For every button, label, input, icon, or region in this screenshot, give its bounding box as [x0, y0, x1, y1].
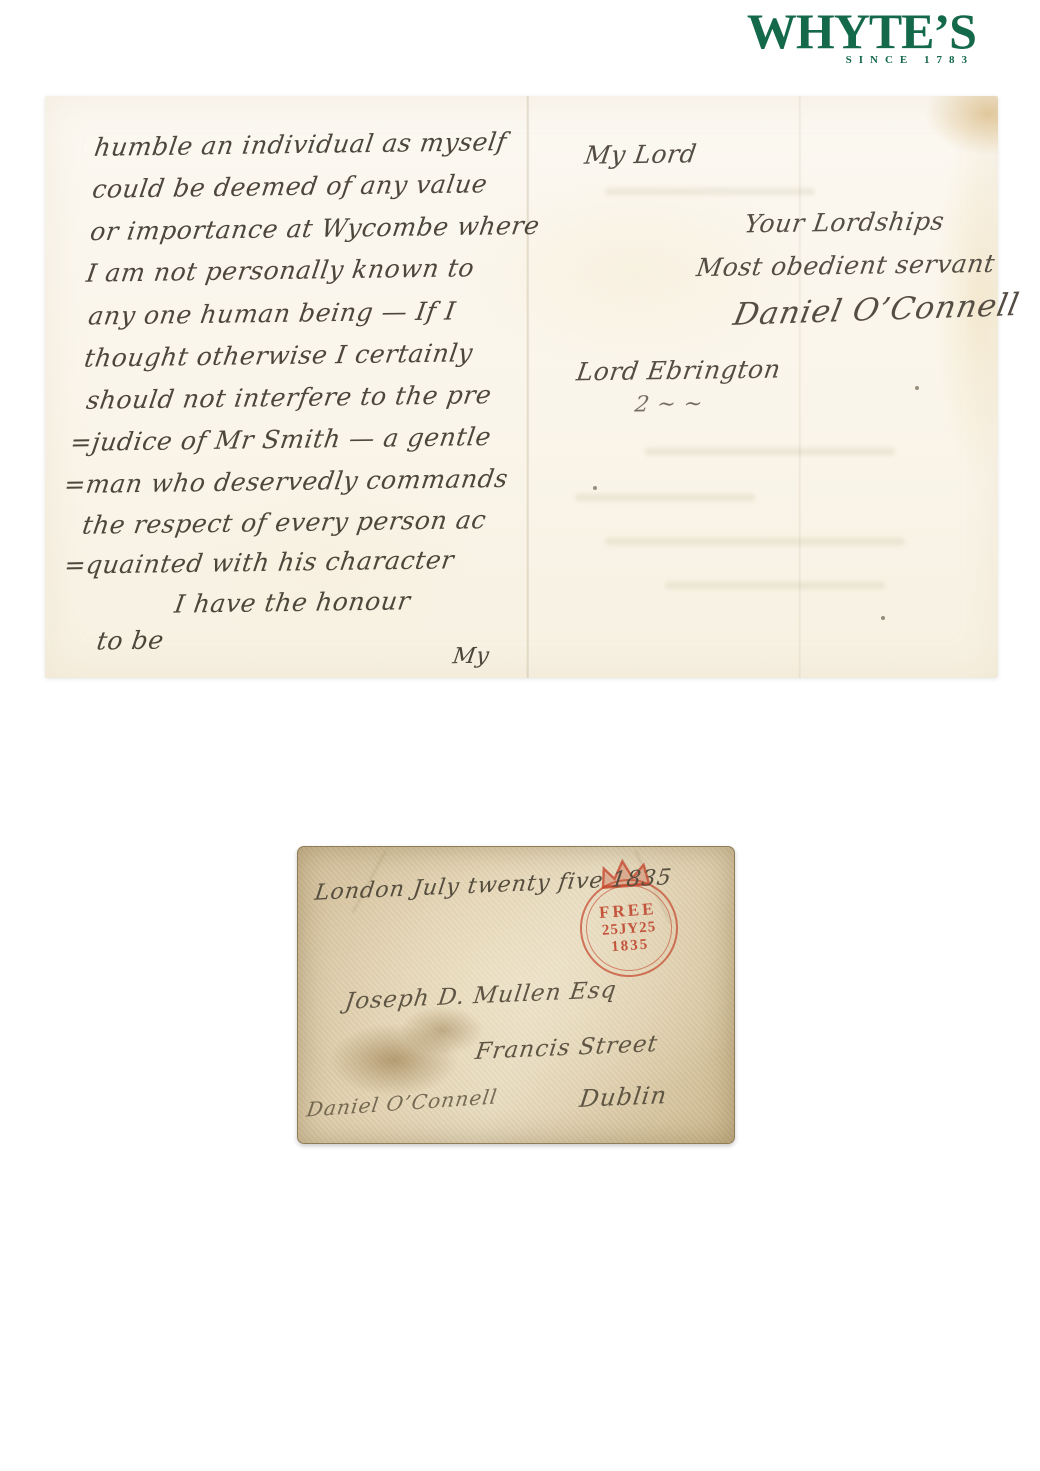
letter-line: could be deemed of any value — [90, 169, 489, 203]
letter-line: thought otherwise I certainly — [82, 338, 474, 372]
ink-speck — [881, 616, 885, 620]
letter-line: =quainted with his character — [62, 545, 456, 579]
ink-speck — [593, 486, 597, 490]
catchword: My — [451, 644, 491, 670]
envelope-address-line: Joseph D. Mullen Esq — [343, 977, 618, 1015]
postmark-line: 1835 — [611, 936, 650, 956]
fold-crease — [526, 96, 530, 678]
fold-crease — [798, 96, 802, 678]
closing-line: Most obedient servant — [695, 249, 997, 282]
letter-line: =judice of Mr Smith — a gentle — [68, 422, 493, 457]
salutation: My Lord — [583, 139, 699, 170]
signature: Daniel O’Connell — [730, 287, 1022, 333]
letter-line: =man who deservedly commands — [62, 464, 510, 499]
envelope-address-line: Francis Street — [474, 1031, 660, 1065]
letter-line: I am not personally known to — [84, 253, 476, 287]
letter-line: humble an individual as myself — [92, 127, 508, 162]
addressee-line: Lord Ebrington — [575, 355, 783, 387]
catalogue-page: WHYTE’S SINCE 1783 humble an individual … — [0, 0, 1040, 1471]
letter-line: to be — [95, 626, 166, 656]
show-through-mark — [605, 188, 815, 195]
brand-block: WHYTE’S SINCE 1783 — [747, 6, 976, 66]
show-through-mark — [575, 494, 755, 501]
show-through-mark — [645, 448, 895, 455]
envelope-scan: FREE 25JY25 1835 London July twenty five… — [297, 846, 735, 1144]
whytes-logo: WHYTE’S — [747, 6, 976, 56]
letter-line: or importance at Wycombe where — [88, 211, 541, 246]
letter-line: should not interfere to the pre — [84, 380, 493, 415]
closing-line: Your Lordships — [743, 207, 947, 239]
envelope-address-line: Dublin — [578, 1081, 669, 1113]
letter-scan: humble an individual as myself could be … — [45, 96, 998, 678]
show-through-mark — [605, 538, 905, 545]
letter-line: any one human being — If I — [87, 296, 458, 330]
show-through-mark — [665, 582, 885, 589]
pen-flourish: 2 ~ ~ — [633, 392, 705, 418]
letter-line: I have the honour — [173, 586, 413, 618]
ink-speck — [915, 386, 919, 390]
letter-line: the respect of every person ac — [80, 505, 488, 540]
frank-signature: Daniel O’Connell — [305, 1084, 499, 1121]
